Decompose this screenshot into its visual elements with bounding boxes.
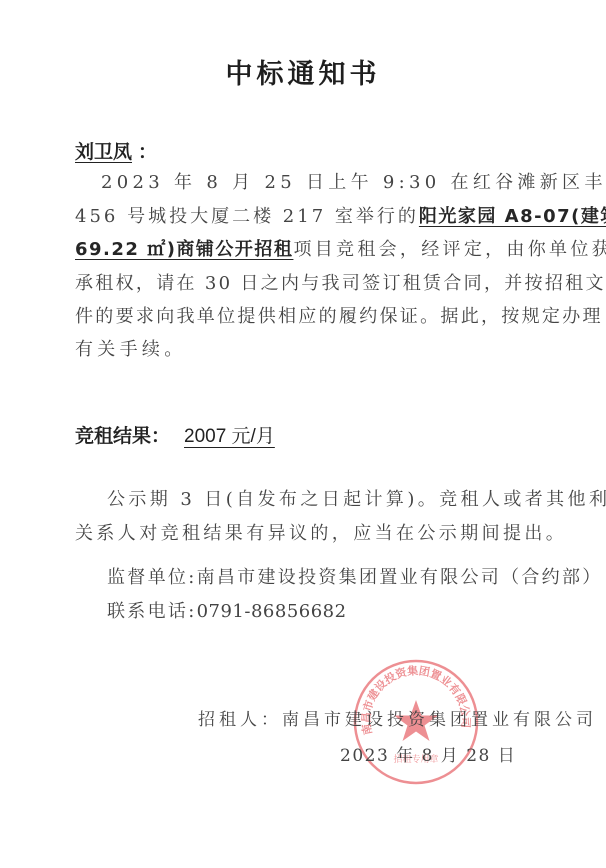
bid-result-value: 2007 元/月 xyxy=(170,426,285,447)
body-line-3-text: 项目竞租会，经评定，由你单位获得 xyxy=(293,239,606,260)
body-line-3: 69.22 ㎡)商铺公开招租项目竞租会，经评定，由你单位获得 xyxy=(75,233,606,267)
addressee: 刘卫凤： xyxy=(75,137,157,164)
bid-result-label: 竞租结果： xyxy=(75,425,170,447)
project-name-highlight: 阳光家园 A8-07(建筑面积 xyxy=(419,206,606,227)
supervisor-line: 监督单位:南昌市建设投资集团置业有限公司（合约部） xyxy=(107,561,603,595)
supervisor-label: 监督单位: xyxy=(107,567,197,588)
body-line-2-text: 456 号城投大厦二楼 217 室举行的 xyxy=(75,206,419,227)
phone-label: 联系电话: xyxy=(107,601,197,622)
issue-date: 2023 年 8 月 28 日 xyxy=(340,741,516,766)
phone-line: 联系电话:0791-86856682 xyxy=(107,595,347,629)
phone-value: 0791-86856682 xyxy=(197,601,347,622)
issuer-line: 招租人：南昌市建设投资集团置业有限公司 xyxy=(198,705,597,730)
body-line-6: 有关手续。 xyxy=(75,333,187,367)
addressee-name: 刘卫凤 xyxy=(75,141,138,163)
notice-line-1: 公示期 3 日(自发布之日起计算)。竞租人或者其他利害 xyxy=(107,483,606,517)
supervisor-value: 南昌市建设投资集团置业有限公司（合约部） xyxy=(197,567,603,588)
body-line-4: 承租权，请在 30 日之内与我司签订租赁合同，并按招租文 xyxy=(75,267,606,301)
project-name-highlight-cont: 69.22 ㎡)商铺公开招租 xyxy=(75,239,293,260)
issuer-name: 南昌市建设投资集团置业有限公司 xyxy=(282,710,597,730)
issuer-label: 招租人： xyxy=(198,710,282,730)
body-line-1: 2023 年 8 月 25 日上午 9:30 在红谷滩新区丰和中大道 xyxy=(101,166,606,200)
addressee-colon: ： xyxy=(138,141,157,163)
notice-line-2: 关系人对竞租结果有异议的，应当在公示期间提出。 xyxy=(75,517,567,551)
body-line-2: 456 号城投大厦二楼 217 室举行的阳光家园 A8-07(建筑面积 xyxy=(75,200,606,234)
bid-result: 竞租结果：2007 元/月 xyxy=(75,421,285,448)
document-title: 中标通知书 xyxy=(0,52,606,91)
body-line-5: 件的要求向我单位提供相应的履约保证。据此，按规定办理 xyxy=(75,300,603,334)
